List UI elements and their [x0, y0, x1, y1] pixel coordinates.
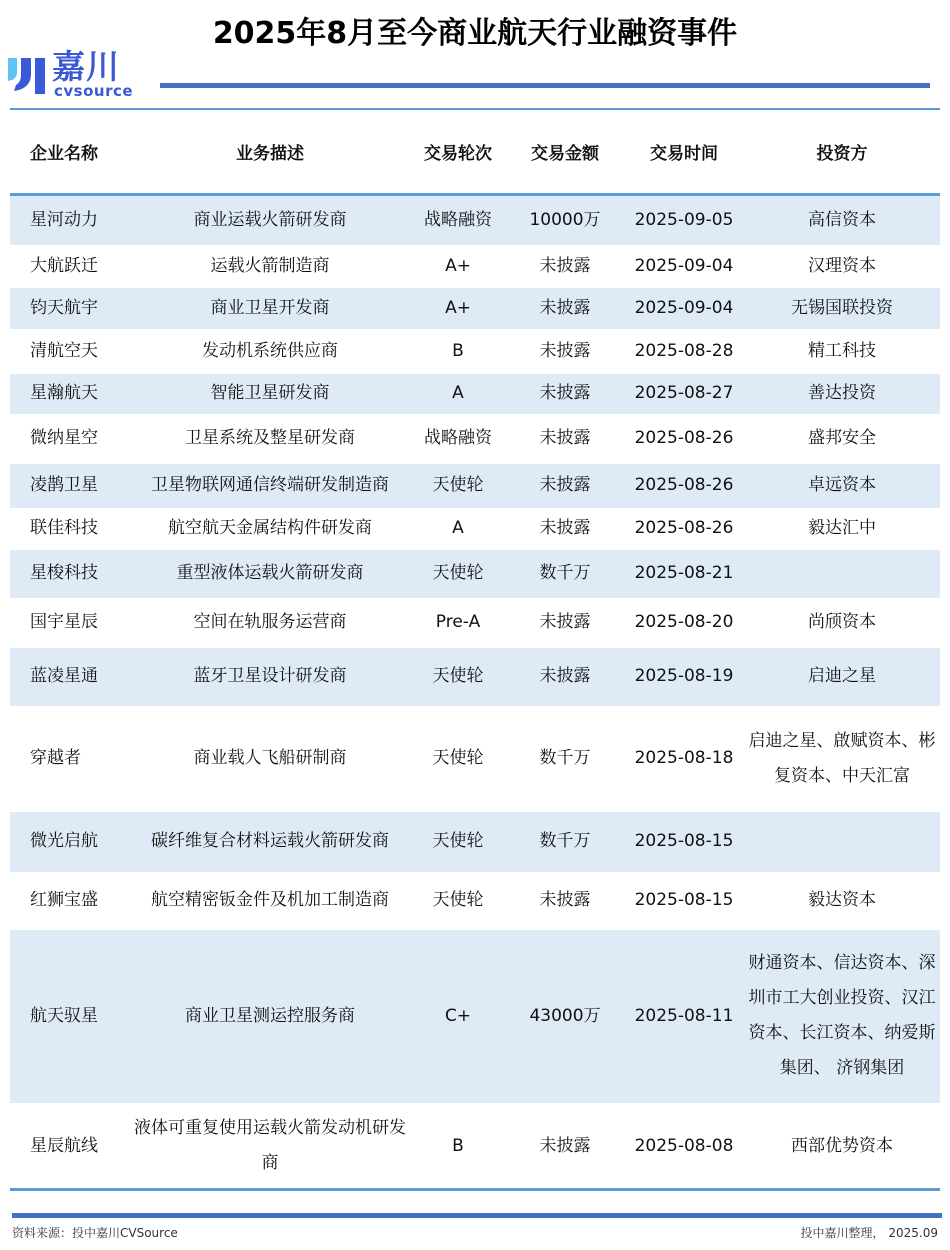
cell-date: 2025-08-27: [624, 374, 744, 414]
cell-investor: 汉理资本: [744, 245, 940, 288]
table-row: 大航跃迁运载火箭制造商A+未披露2025-09-04汉理资本: [10, 245, 940, 288]
table-row: 蓝凌星通蓝牙卫星设计研发商天使轮未披露2025-08-19启迪之星: [10, 648, 940, 706]
cell-company: 钧天航宇: [10, 288, 130, 329]
cell-amount: 未披露: [506, 464, 624, 508]
cell-date: 2025-08-26: [624, 464, 744, 508]
cell-description: 卫星系统及整星研发商: [130, 414, 410, 464]
cell-company: 凌鹊卫星: [10, 464, 130, 508]
cell-round: A: [410, 508, 506, 550]
cell-amount: 未披露: [506, 872, 624, 930]
cell-company: 蓝凌星通: [10, 648, 130, 706]
cell-company: 联佳科技: [10, 508, 130, 550]
table-row: 星瀚航天智能卫星研发商A未披露2025-08-27善达投资: [10, 374, 940, 414]
cell-investor: 盛邦安全: [744, 414, 940, 464]
footer-source: 资料来源：投中嘉川CVSource: [12, 1224, 178, 1241]
cell-date: 2025-08-15: [624, 872, 744, 930]
cell-amount: 未披露: [506, 648, 624, 706]
cell-date: 2025-09-05: [624, 195, 744, 245]
cell-description: 智能卫星研发商: [130, 374, 410, 414]
cell-company: 红狮宝盛: [10, 872, 130, 930]
cell-description: 碳纤维复合材料运载火箭研发商: [130, 812, 410, 872]
cell-date: 2025-09-04: [624, 288, 744, 329]
cell-amount: 未披露: [506, 288, 624, 329]
cell-investor: 财通资本、信达资本、深圳市工大创业投资、汉江资本、长江资本、纳爱斯集团、 济钢集…: [744, 930, 940, 1103]
cell-company: 大航跃迁: [10, 245, 130, 288]
cell-description: 商业载人飞船研制商: [130, 706, 410, 812]
cell-company: 星辰航线: [10, 1103, 130, 1190]
header-round: 交易轮次: [410, 110, 506, 195]
cell-company: 微光启航: [10, 812, 130, 872]
cell-company: 穿越者: [10, 706, 130, 812]
cell-round: 战略融资: [410, 195, 506, 245]
cell-company: 星瀚航天: [10, 374, 130, 414]
cell-amount: 43000万: [506, 930, 624, 1103]
cell-round: 天使轮: [410, 648, 506, 706]
cell-description: 发动机系统供应商: [130, 329, 410, 374]
table-row: 微光启航碳纤维复合材料运载火箭研发商天使轮数千万2025-08-15: [10, 812, 940, 872]
cell-amount: 数千万: [506, 812, 624, 872]
cell-investor: [744, 550, 940, 598]
cell-amount: 未披露: [506, 1103, 624, 1190]
footer-credit: 投中嘉川整理， 2025.09: [801, 1224, 938, 1241]
cell-round: B: [410, 1103, 506, 1190]
cell-amount: 数千万: [506, 550, 624, 598]
cell-investor: [744, 812, 940, 872]
table-row: 星河动力商业运载火箭研发商战略融资10000万2025-09-05高信资本: [10, 195, 940, 245]
cell-investor: 启迪之星、啟赋资本、彬复资本、中天汇富: [744, 706, 940, 812]
cell-investor: 卓远资本: [744, 464, 940, 508]
cell-description: 商业卫星测运控服务商: [130, 930, 410, 1103]
cell-date: 2025-08-08: [624, 1103, 744, 1190]
cell-date: 2025-08-20: [624, 598, 744, 648]
cell-company: 微纳星空: [10, 414, 130, 464]
cell-date: 2025-08-15: [624, 812, 744, 872]
cell-company: 国宇星辰: [10, 598, 130, 648]
cell-round: C+: [410, 930, 506, 1103]
cell-company: 星梭科技: [10, 550, 130, 598]
header-date: 交易时间: [624, 110, 744, 195]
cell-date: 2025-08-18: [624, 706, 744, 812]
table-row: 联佳科技航空航天金属结构件研发商A未披露2025-08-26毅达汇中: [10, 508, 940, 550]
cell-round: 天使轮: [410, 550, 506, 598]
cell-round: A+: [410, 288, 506, 329]
table-header-row: 企业名称 业务描述 交易轮次 交易金额 交易时间 投资方: [10, 110, 940, 195]
financing-table: 企业名称 业务描述 交易轮次 交易金额 交易时间 投资方 星河动力商业运载火箭研…: [10, 110, 940, 1190]
cell-amount: 未披露: [506, 245, 624, 288]
cell-date: 2025-08-11: [624, 930, 744, 1103]
cell-description: 空间在轨服务运营商: [130, 598, 410, 648]
cell-description: 航空航天金属结构件研发商: [130, 508, 410, 550]
cell-date: 2025-08-26: [624, 414, 744, 464]
page-title: 2025年8月至今商业航天行业融资事件: [0, 8, 950, 52]
cell-amount: 未披露: [506, 598, 624, 648]
cell-date: 2025-09-04: [624, 245, 744, 288]
header-amount: 交易金额: [506, 110, 624, 195]
cell-investor: 西部优势资本: [744, 1103, 940, 1190]
cell-amount: 10000万: [506, 195, 624, 245]
table-row: 微纳星空卫星系统及整星研发商战略融资未披露2025-08-26盛邦安全: [10, 414, 940, 464]
cell-investor: 尚颀资本: [744, 598, 940, 648]
header-description: 业务描述: [130, 110, 410, 195]
cell-investor: 善达投资: [744, 374, 940, 414]
cell-description: 航空精密钣金件及机加工制造商: [130, 872, 410, 930]
table-row: 星梭科技重型液体运载火箭研发商天使轮数千万2025-08-21: [10, 550, 940, 598]
cell-investor: 无锡国联投资: [744, 288, 940, 329]
cell-amount: 未披露: [506, 508, 624, 550]
table-bottom-rule: [10, 1188, 940, 1191]
header-accent-bar: [160, 83, 930, 88]
cell-round: 天使轮: [410, 706, 506, 812]
table-body: 星河动力商业运载火箭研发商战略融资10000万2025-09-05高信资本大航跃…: [10, 195, 940, 1190]
cvsource-logo: 嘉川 cvsource: [6, 52, 136, 100]
cell-investor: 毅达资本: [744, 872, 940, 930]
header-investor: 投资方: [744, 110, 940, 195]
cell-date: 2025-08-26: [624, 508, 744, 550]
table-row: 航天驭星商业卫星测运控服务商C+43000万2025-08-11财通资本、信达资…: [10, 930, 940, 1103]
cell-company: 星河动力: [10, 195, 130, 245]
cell-investor: 毅达汇中: [744, 508, 940, 550]
cell-round: A: [410, 374, 506, 414]
cell-date: 2025-08-28: [624, 329, 744, 374]
cell-description: 重型液体运载火箭研发商: [130, 550, 410, 598]
table-row: 国宇星辰空间在轨服务运营商Pre-A未披露2025-08-20尚颀资本: [10, 598, 940, 648]
table-row: 星辰航线液体可重复使用运载火箭发动机研发商B未披露2025-08-08西部优势资…: [10, 1103, 940, 1190]
cell-amount: 未披露: [506, 329, 624, 374]
cell-investor: 精工科技: [744, 329, 940, 374]
cell-description: 液体可重复使用运载火箭发动机研发商: [130, 1103, 410, 1190]
cell-round: 天使轮: [410, 812, 506, 872]
cell-round: A+: [410, 245, 506, 288]
cell-round: Pre-A: [410, 598, 506, 648]
cell-description: 商业卫星开发商: [130, 288, 410, 329]
table-row: 凌鹊卫星卫星物联网通信终端研发制造商天使轮未披露2025-08-26卓远资本: [10, 464, 940, 508]
cell-round: 战略融资: [410, 414, 506, 464]
cell-amount: 未披露: [506, 374, 624, 414]
cell-description: 商业运载火箭研发商: [130, 195, 410, 245]
cell-description: 运载火箭制造商: [130, 245, 410, 288]
cell-amount: 数千万: [506, 706, 624, 812]
cell-company: 清航空天: [10, 329, 130, 374]
cell-round: 天使轮: [410, 464, 506, 508]
table-row: 穿越者商业载人飞船研制商天使轮数千万2025-08-18启迪之星、啟赋资本、彬复…: [10, 706, 940, 812]
cvsource-logo-icon: [6, 54, 46, 94]
cell-description: 蓝牙卫星设计研发商: [130, 648, 410, 706]
table-row: 清航空天发动机系统供应商B未披露2025-08-28精工科技: [10, 329, 940, 374]
cell-date: 2025-08-21: [624, 550, 744, 598]
cell-company: 航天驭星: [10, 930, 130, 1103]
cell-investor: 高信资本: [744, 195, 940, 245]
header-company: 企业名称: [10, 110, 130, 195]
cell-description: 卫星物联网通信终端研发制造商: [130, 464, 410, 508]
cell-round: 天使轮: [410, 872, 506, 930]
logo-en-text: cvsource: [54, 84, 133, 98]
table-row: 钧天航宇商业卫星开发商A+未披露2025-09-04无锡国联投资: [10, 288, 940, 329]
cell-round: B: [410, 329, 506, 374]
cell-date: 2025-08-19: [624, 648, 744, 706]
logo-cn-text: 嘉川: [52, 48, 120, 86]
cell-amount: 未披露: [506, 414, 624, 464]
table-row: 红狮宝盛航空精密钣金件及机加工制造商天使轮未披露2025-08-15毅达资本: [10, 872, 940, 930]
cell-investor: 启迪之星: [744, 648, 940, 706]
footer-accent-bar: [12, 1213, 942, 1218]
